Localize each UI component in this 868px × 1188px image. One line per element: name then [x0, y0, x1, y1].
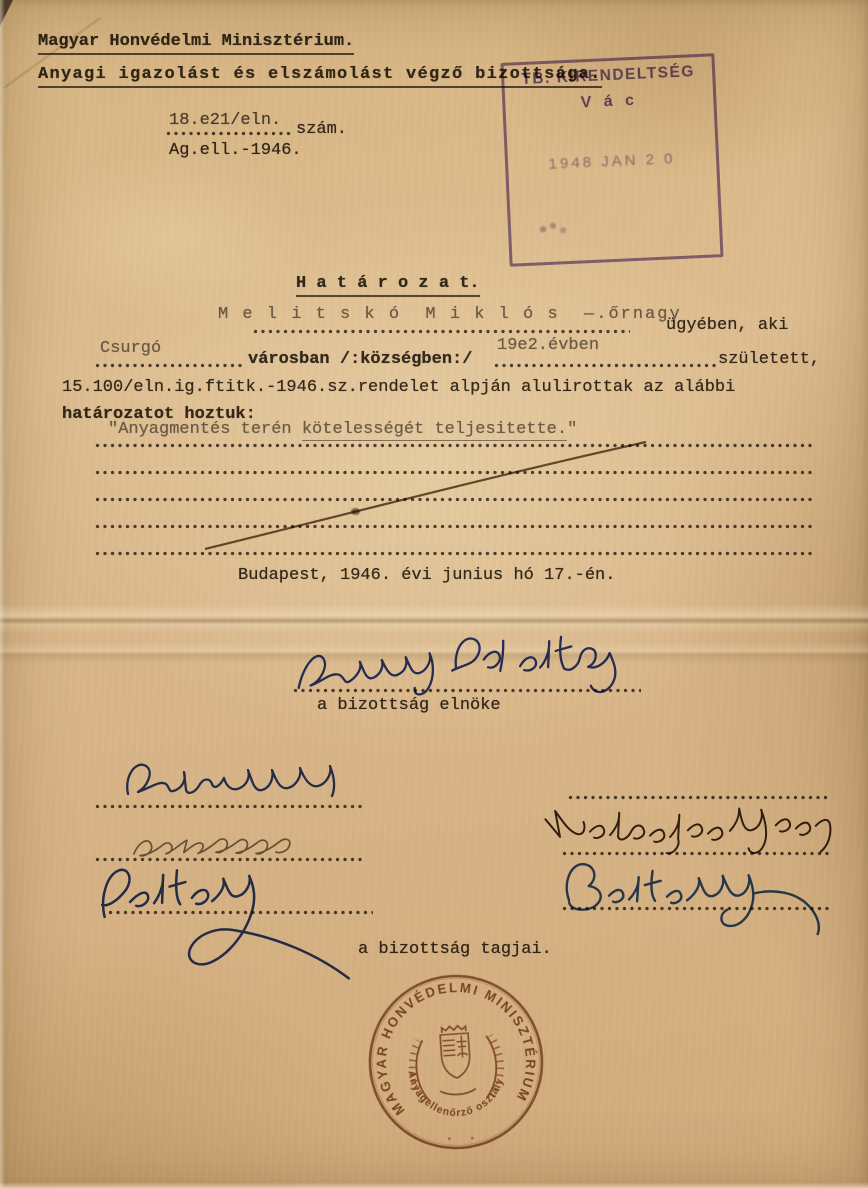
stamp-place: V á c	[505, 88, 714, 115]
subject-dotted-line	[253, 329, 630, 334]
shield-stripes	[442, 1040, 455, 1056]
file-year: Ag.ell.-1946.	[169, 142, 302, 159]
signature-member-3	[92, 847, 397, 1007]
blank-dotted-line-4	[95, 524, 812, 529]
paper-bottom-edge	[0, 1182, 868, 1188]
seal-outer-circle	[364, 970, 548, 1154]
org-title-line1: Magyar Honvédelmi Minisztérium.	[38, 33, 354, 50]
birthplace: Csurgó	[100, 340, 161, 357]
member-dotted-line-left-3	[108, 910, 373, 915]
blank-dotted-line-3	[95, 497, 812, 502]
blank-dotted-line-5	[95, 551, 812, 556]
ink-blot	[351, 508, 360, 515]
president-dotted-line	[293, 688, 641, 693]
file-number-suffix: szám.	[296, 121, 347, 138]
document-paper: Magyar Honvédelmi Minisztérium. Anyagi i…	[0, 0, 868, 1188]
seal-bottom-dot-1	[448, 1137, 451, 1140]
decision-title: H a t á r o z a t.	[296, 275, 480, 292]
dateline: Budapest, 1946. évi junius hó 17.-én.	[238, 567, 615, 584]
verdict-underlined: kötelességét teljesitette.	[302, 420, 567, 441]
verdict-line: "Anyagmentés terén kötelességét teljesit…	[108, 421, 577, 438]
birth-year-dotted-line	[494, 363, 716, 368]
paper-left-edge	[0, 0, 5, 1188]
verdict-suffix: "	[567, 420, 577, 439]
members-caption: a bizottság tagjai.	[358, 941, 552, 958]
subject-suffix: ügyében, aki	[666, 317, 788, 334]
file-number-dotted-line	[166, 131, 294, 136]
birth-year: 19e2.évben	[497, 337, 599, 354]
blank-dotted-line-2	[95, 470, 812, 475]
blank-dotted-line-1	[95, 443, 812, 448]
org-title-text2: Anyagi igazolást és elszámolást végző bi…	[38, 65, 602, 88]
member-dotted-line-right-3	[562, 906, 830, 911]
seal-bottom-dot-2	[471, 1137, 474, 1140]
seal-ring-text: MAGYAR HONVÉDELMI MINISZTÉRIUM	[368, 974, 541, 1119]
double-cross	[456, 1035, 468, 1058]
file-number: 18.e21/eln.	[169, 112, 281, 129]
crown	[442, 1025, 466, 1033]
decision-title-text: H a t á r o z a t.	[296, 274, 480, 297]
signature-member-1	[120, 750, 380, 810]
org-title-line2: Anyagi igazolást és elszámolást végző bi…	[38, 66, 602, 83]
decree-line1: 15.100/eln.ig.ftitk.-1946.sz.rendelet al…	[62, 379, 735, 396]
president-caption: a bizottság elnöke	[317, 697, 501, 714]
ministry-seal: MAGYAR HONVÉDELMI MINISZTÉRIUM Anyagelle…	[360, 966, 552, 1158]
signature-member-5	[554, 847, 861, 942]
place-label: városban /:községben:/	[248, 351, 472, 368]
subject-name: M e l i t s k ó M i k l ó s —.őrnagy	[218, 306, 682, 323]
seal-outer-circle-inner-edge	[367, 973, 545, 1151]
birthplace-dotted-line	[95, 363, 245, 368]
stamp-date: 1948 JAN 2 0	[508, 148, 717, 174]
born-word: született,	[718, 351, 820, 368]
wreath-ribbon	[440, 1089, 476, 1096]
verdict-prefix: "Anyagmentés terén	[108, 420, 302, 439]
org-title-text1: Magyar Honvédelmi Minisztérium.	[38, 32, 354, 55]
stamp-ink-smudge	[537, 219, 572, 237]
